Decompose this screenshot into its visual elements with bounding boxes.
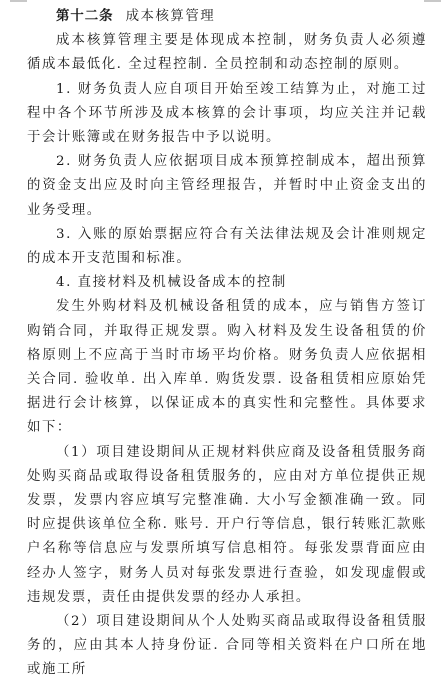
paragraph-item-1: 1. 财务负责人应自项目开始至竣工结算为止，对施工过程中各个环节所涉及成本核算的… <box>27 78 427 151</box>
paragraph-item-4-heading: 4. 直接材料及机械设备成本的控制 <box>27 271 427 295</box>
paragraph-item-4-body: 发生外购材料及机械设备租赁的成本，应与销售方签订购销合同，并取得正规发票。购入材… <box>27 295 427 440</box>
article-title: 成本核算管理 <box>126 9 216 24</box>
paragraph-item-2: 2. 财务负责人应依据项目成本预算控制成本，超出预算的资金支出应及时向主管经理报… <box>27 150 427 223</box>
page-corner-mark-right <box>424 0 441 2</box>
paragraph-subitem-2: （2）项目建设期间从个人处购买商品或取得设备租赁服务的，应由其本人持身份证. 合… <box>27 610 427 678</box>
article-heading: 第十二条成本核算管理 <box>27 4 427 29</box>
paragraph-item-3: 3. 入账的原始票据应符合有关法律法规及会计准则规定的成本开支范围和标准。 <box>27 223 427 271</box>
article-number: 第十二条 <box>56 8 114 24</box>
paragraph-subitem-1: （1）项目建设期间从正规材料供应商及设备租赁服务商处购买商品或取得设备租赁服务的… <box>27 441 427 610</box>
page-corner-mark-left <box>10 0 27 2</box>
document-page: 第十二条成本核算管理 成本核算管理主要是体现成本控制，财务负责人必须遵循成本最低… <box>27 4 427 678</box>
paragraph-intro: 成本核算管理主要是体现成本控制，财务负责人必须遵循成本最低化. 全过程控制. 全… <box>27 29 427 77</box>
